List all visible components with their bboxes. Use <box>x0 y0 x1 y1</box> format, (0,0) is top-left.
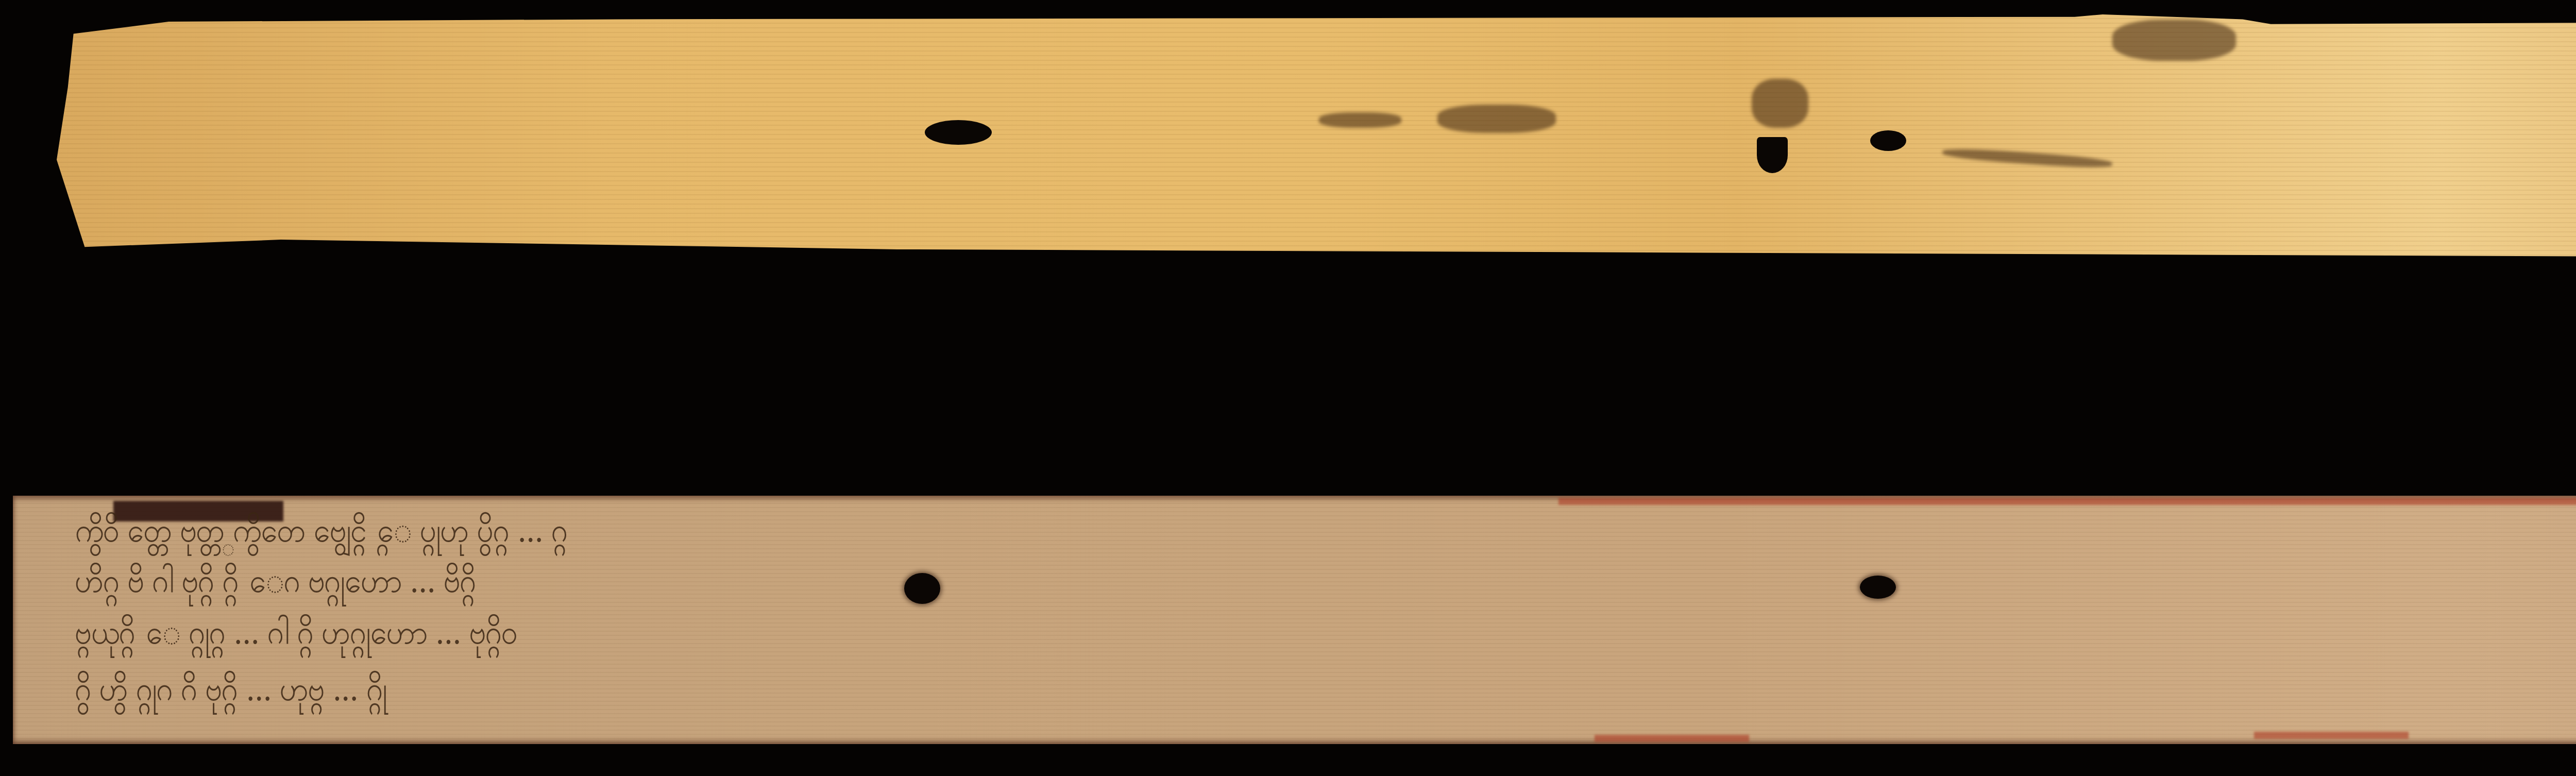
lower-palm-leaf-inscribed: ကွိဝိ တ္တေ ဗုတ္တ္ ကွိတေ ဗျွေင္ဂ္ဂိ ေ ပ္ဂ… <box>13 496 2576 744</box>
script-line-2: ဟိဂ္ဂ ဗိ ဂါ ဗုဂ္ဂိ ဂ္ဂိ ေဂ ဗဂ္ဂုဟော ... … <box>75 563 899 606</box>
binding-hole-right-wedge <box>1757 137 1788 173</box>
red-edge-stain <box>1558 498 2576 505</box>
upper-palm-leaf <box>57 14 2576 257</box>
crack-streak <box>1942 147 2113 170</box>
binding-hole-right <box>1870 130 1906 151</box>
red-edge-stain <box>1595 735 1749 742</box>
binding-hole-left <box>925 120 992 145</box>
insect-damage-center <box>1437 105 1556 133</box>
script-line-3: ဗ္ဂယုဂ္ဂိ ေ ဂ္ဂုဂ္ဂ ... ဂါ ဂ္ဂိ ဟုဂ္ဂုဟေ… <box>75 614 899 658</box>
script-line-1: ကွိဝိ တ္တေ ဗုတ္တ္ ကွိတေ ဗျွေင္ဂ္ဂိ ေ ပ္ဂ… <box>75 512 567 556</box>
red-edge-stain <box>2254 732 2409 739</box>
photo-background: ကွိဝိ တ္တေ ဗုတ္တ္ ကွိတေ ဗျွေင္ဂ္ဂိ ေ ပ္ဂ… <box>0 0 2576 776</box>
binding-hole-right <box>1860 576 1896 599</box>
binding-hole-left <box>904 573 940 604</box>
torn-corner-damage <box>2112 20 2236 61</box>
script-line-4: ဂွိ ဟွိ ဂ္ဂုဂ ဂိ ဗုဂ္ဂိ ... ဟုဗ္ဂ ... ဂ္… <box>75 671 386 715</box>
insect-damage-vertical <box>1752 79 1808 128</box>
insect-damage-center <box>1319 112 1401 128</box>
